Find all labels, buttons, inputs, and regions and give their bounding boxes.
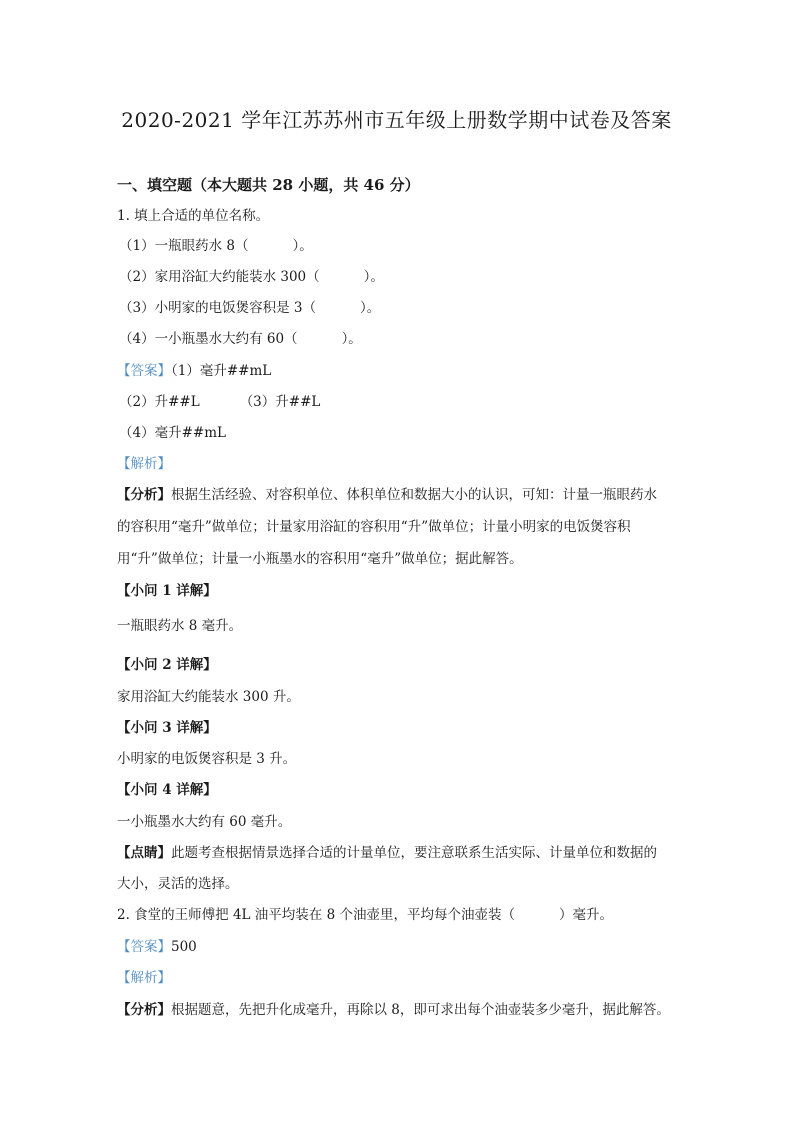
fenxi-tag: 【分析】 — [117, 1002, 171, 1018]
question-1-answer-line-2: （2）升##L（3）升##L — [119, 393, 320, 411]
item-text: （3）小明家的电饭煲容积是 3（ — [119, 300, 316, 316]
item-suffix: ）。 — [292, 238, 312, 254]
detail-text-3: 小明家的电饭煲容积是 3 升。 — [117, 750, 296, 768]
dianjing-tag: 【点睛】 — [117, 845, 171, 861]
question-1-stem: 1. 填上合适的单位名称。 — [117, 207, 269, 225]
dianjing-line-2: 大小，灵活的选择。 — [117, 875, 239, 893]
detail-tag-2: 【小问 2 详解】 — [117, 656, 217, 674]
detail-text-1: 一瓶眼药水 8 毫升。 — [117, 617, 242, 635]
fenxi-line-3: 用“升”做单位；计量一小瓶墨水的容积用“毫升”做单位；据此解答。 — [117, 550, 523, 568]
question-2-fenxi: 【分析】根据题意，先把升化成毫升，再除以 8，即可求出每个油壶装多少毫升，据此解… — [117, 1001, 670, 1019]
answer-line-3: （3）升##L — [240, 394, 321, 410]
stem-text: 2. 食堂的王师傅把 4L 油平均装在 8 个油壶里，平均每个油壶装（ — [117, 907, 515, 923]
answer-tag: 【答案】 — [117, 939, 171, 955]
question-1-answer: 【答案】（1）毫升##mL — [117, 362, 271, 380]
fenxi-line-1: 【分析】根据生活经验、对容积单位、体积单位和数据大小的认识，可知：计量一瓶眼药水 — [117, 486, 657, 504]
question-1-item-3: （3）小明家的电饭煲容积是 3（）。 — [119, 299, 380, 317]
question-1-answer-line-4: （4）毫升##mL — [119, 424, 226, 442]
stem-suffix: ）毫升。 — [559, 907, 613, 923]
item-text: （1）一瓶眼药水 8（ — [119, 238, 248, 254]
answer-line-2: （2）升##L — [119, 394, 200, 410]
section-heading: 一、填空题（本大题共 28 小题，共 46 分） — [117, 176, 420, 194]
answer-tag: 【答案】 — [117, 363, 171, 379]
question-1-item-1: （1）一瓶眼药水 8（）。 — [119, 237, 313, 255]
question-2-stem: 2. 食堂的王师傅把 4L 油平均装在 8 个油壶里，平均每个油壶装（）毫升。 — [117, 906, 613, 924]
dianjing-text: 此题考查根据情景选择合适的计量单位，要注意联系生活实际、计量单位和数据的 — [171, 845, 657, 861]
question-1-item-4: （4）一小瓶墨水大约有 60（）。 — [119, 330, 362, 348]
answer-value: 500 — [171, 939, 197, 955]
analysis-tag: 【解析】 — [117, 455, 171, 473]
detail-tag-4: 【小问 4 详解】 — [117, 781, 217, 799]
detail-tag-1: 【小问 1 详解】 — [117, 582, 217, 600]
page-title: 2020-2021 学年江苏苏州市五年级上册数学期中试卷及答案 — [0, 104, 793, 133]
item-suffix: ）。 — [342, 331, 362, 347]
question-2-answer: 【答案】500 — [117, 938, 197, 956]
item-text: （2）家用浴缸大约能装水 300（ — [119, 269, 320, 285]
item-suffix: ）。 — [360, 300, 380, 316]
dianjing-line-1: 【点睛】此题考查根据情景选择合适的计量单位，要注意联系生活实际、计量单位和数据的 — [117, 844, 657, 862]
fenxi-text: 根据题意，先把升化成毫升，再除以 8，即可求出每个油壶装多少毫升，据此解答。 — [171, 1002, 670, 1018]
detail-text-4: 一小瓶墨水大约有 60 毫升。 — [117, 813, 291, 831]
fenxi-tag: 【分析】 — [117, 487, 171, 503]
answer-line-1: （1）毫升##mL — [171, 363, 271, 379]
analysis-tag: 【解析】 — [117, 969, 171, 987]
question-1-item-2: （2）家用浴缸大约能装水 300（）。 — [119, 268, 384, 286]
fenxi-text: 根据生活经验、对容积单位、体积单位和数据大小的认识，可知：计量一瓶眼药水 — [171, 487, 657, 503]
detail-tag-3: 【小问 3 详解】 — [117, 719, 217, 737]
item-text: （4）一小瓶墨水大约有 60（ — [119, 331, 298, 347]
fenxi-line-2: 的容积用“毫升”做单位；计量家用浴缸的容积用“升”做单位；计量小明家的电饭煲容积 — [117, 518, 631, 536]
item-suffix: ）。 — [364, 269, 384, 285]
detail-text-2: 家用浴缸大约能装水 300 升。 — [117, 688, 300, 706]
